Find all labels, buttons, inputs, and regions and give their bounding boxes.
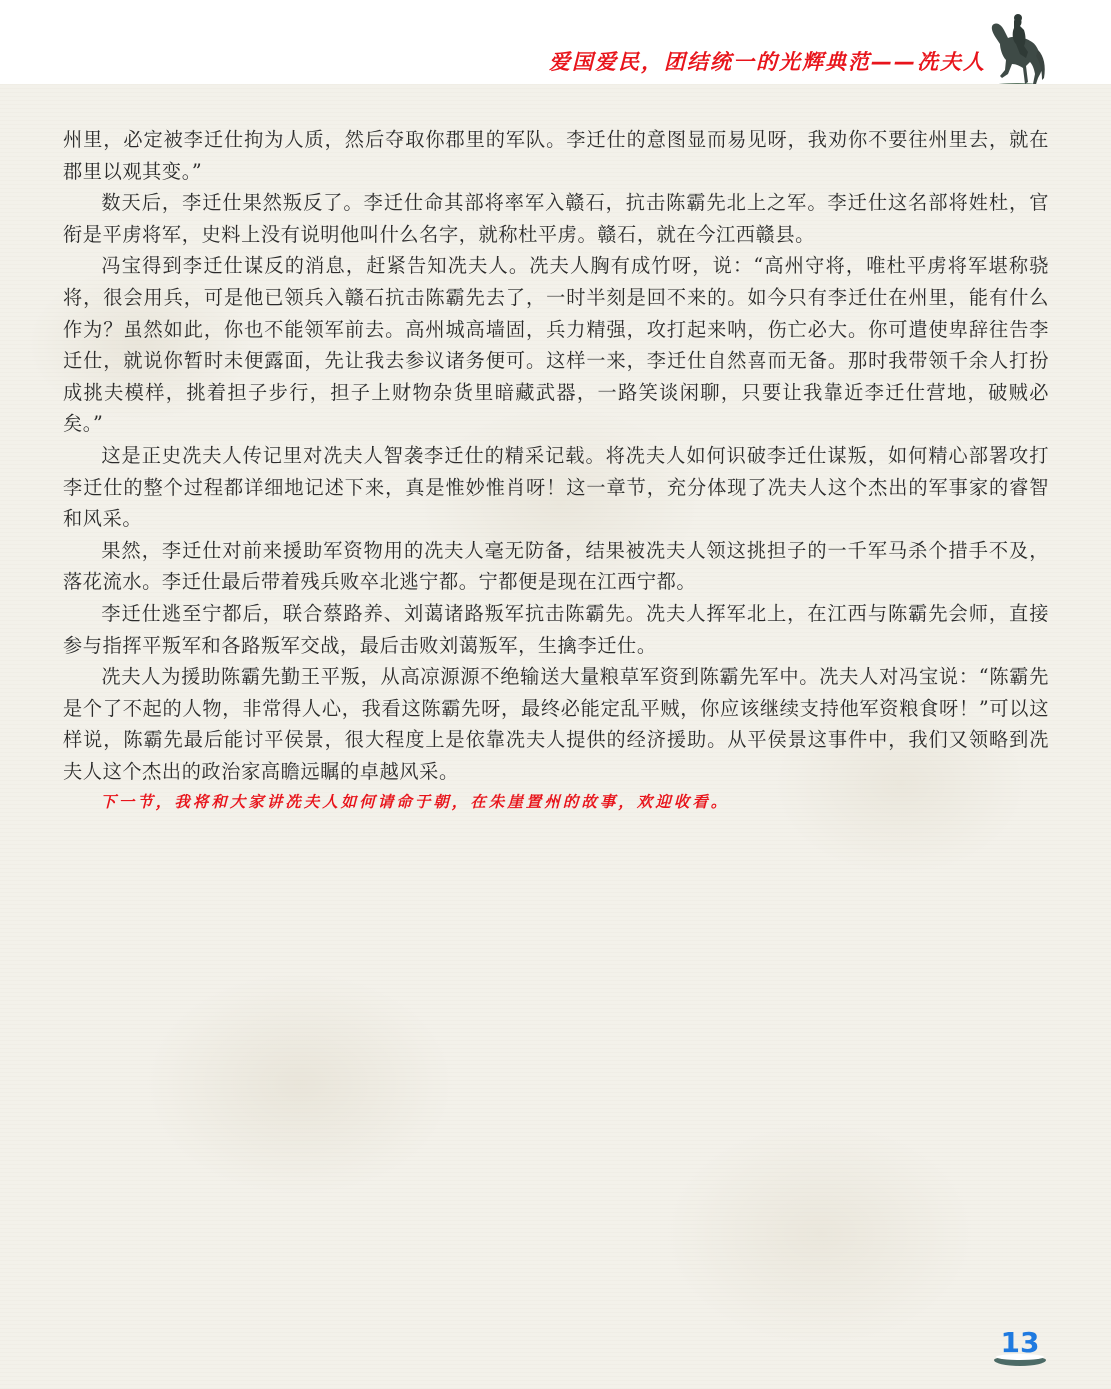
paragraph: 这是正史冼夫人传记里对冼夫人智袭李迁仕的精采记载。将冼夫人如何识破李迁仕谋叛，如… [63,440,1049,535]
paragraph: 果然，李迁仕对前来援助军资物用的冼夫人毫无防备，结果被冼夫人领这挑担子的一千军马… [63,535,1049,598]
paragraph: 冯宝得到李迁仕谋反的消息，赶紧告知冼夫人。冼夫人胸有成竹呀，说：“高州守将，唯杜… [63,250,1049,440]
article-body: 州里，必定被李迁仕拘为人质，然后夺取你郡里的军队。李迁仕的意图显而易见呀，我劝你… [63,124,1049,819]
page-number-text: 13 [998,1326,1042,1359]
next-section-teaser: 下一节，我将和大家讲冼夫人如何请命于朝，在朱崖置州的故事，欢迎收看。 [63,787,1049,819]
page-header: 爱国爱民，团结统一的光辉典范——冼夫人 [0,0,1111,84]
paragraph: 冼夫人为援助陈霸先勤王平叛，从高凉源源不绝输送大量粮草军资到陈霸先军中。冼夫人对… [63,661,1049,787]
paragraph: 李迁仕逃至宁都后，联合蔡路养、刘蔼诸路叛军抗击陈霸先。冼夫人挥军北上，在江西与陈… [63,598,1049,661]
paragraph: 数天后，李迁仕果然叛反了。李迁仕命其部将率军入赣石，抗击陈霸先北上之军。李迁仕这… [63,187,1049,250]
equestrian-statue-icon [982,8,1052,90]
paragraph: 州里，必定被李迁仕拘为人质，然后夺取你郡里的军队。李迁仕的意图显而易见呀，我劝你… [63,124,1049,187]
running-title: 爱国爱民，团结统一的光辉典范——冼夫人 [549,46,986,76]
page-number: 13 [990,1326,1050,1366]
